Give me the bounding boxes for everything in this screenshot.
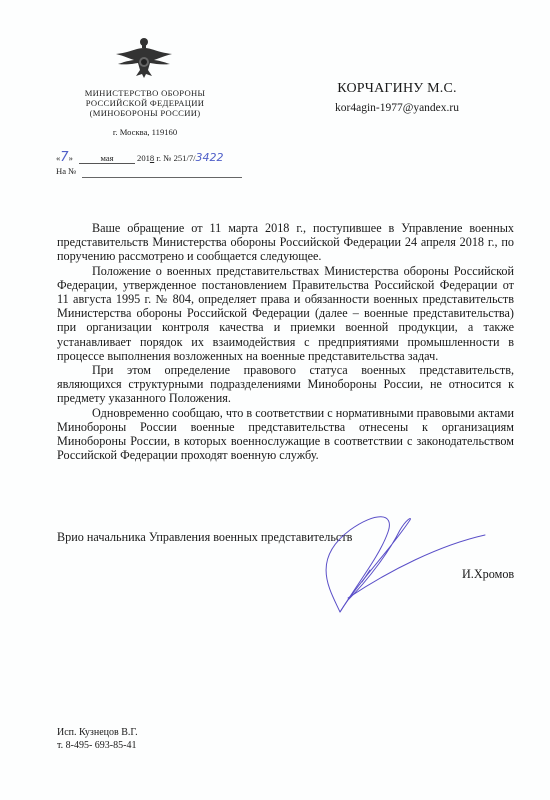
date-year-prefix: 201 [137,153,150,163]
ministry-line-2: РОССИЙСКОЙ ФЕДЕРАЦИИ [70,98,220,108]
executor-name: Исп. Кузнецов В.Г. [57,727,138,740]
body-paragraph-2: Положение о военных представительствах М… [57,264,514,363]
body-paragraph-3: При этом определение правового статуса в… [57,363,514,406]
date-year-tail: г. № [154,153,171,163]
registration-prefix: 251/7/ [174,153,196,163]
date-close-quote: » [69,153,73,163]
recipient-block: КОРЧАГИНУ М.С. kor4agin-1977@yandex.ru [312,80,482,116]
ministry-name: МИНИСТЕРСТВО ОБОРОНЫ РОССИЙСКОЙ ФЕДЕРАЦИ… [70,88,220,118]
letter-body: Ваше обращение от 11 марта 2018 г., пост… [57,221,514,462]
reference-number-blank-line [82,177,242,178]
recipient-name: КОРЧАГИНУ М.С. [312,80,482,97]
recipient-email: kor4agin-1977@yandex.ru [312,101,482,116]
reference-number-label: На № [56,166,76,176]
ministry-line-1: МИНИСТЕРСТВО ОБОРОНЫ [70,88,220,98]
signatory-name: И.Хромов [462,567,514,582]
executor-block: Исп. Кузнецов В.Г. т. 8-495- 693-85-41 [57,727,138,752]
ministry-address: г. Москва, 119160 [70,127,220,137]
ministry-line-3: (МИНОБОРОНЫ РОССИИ) [70,108,220,118]
handwritten-signature-icon [300,500,490,620]
body-paragraph-1: Ваше обращение от 11 марта 2018 г., пост… [57,221,514,264]
body-paragraph-4: Одновременно сообщаю, что в соответствии… [57,406,514,463]
outgoing-date-number: «7» мая2018 г. № 251/7/3422 [56,150,224,165]
executor-phone: т. 8-495- 693-85-41 [57,740,138,753]
date-day-handwritten: 7 [60,150,68,165]
registration-number-handwritten: 3422 [196,151,224,164]
date-month: мая [79,153,135,164]
letter-page: МИНИСТЕРСТВО ОБОРОНЫ РОССИЙСКОЙ ФЕДЕРАЦИ… [0,0,550,800]
double-headed-eagle-emblem-icon [112,36,176,80]
